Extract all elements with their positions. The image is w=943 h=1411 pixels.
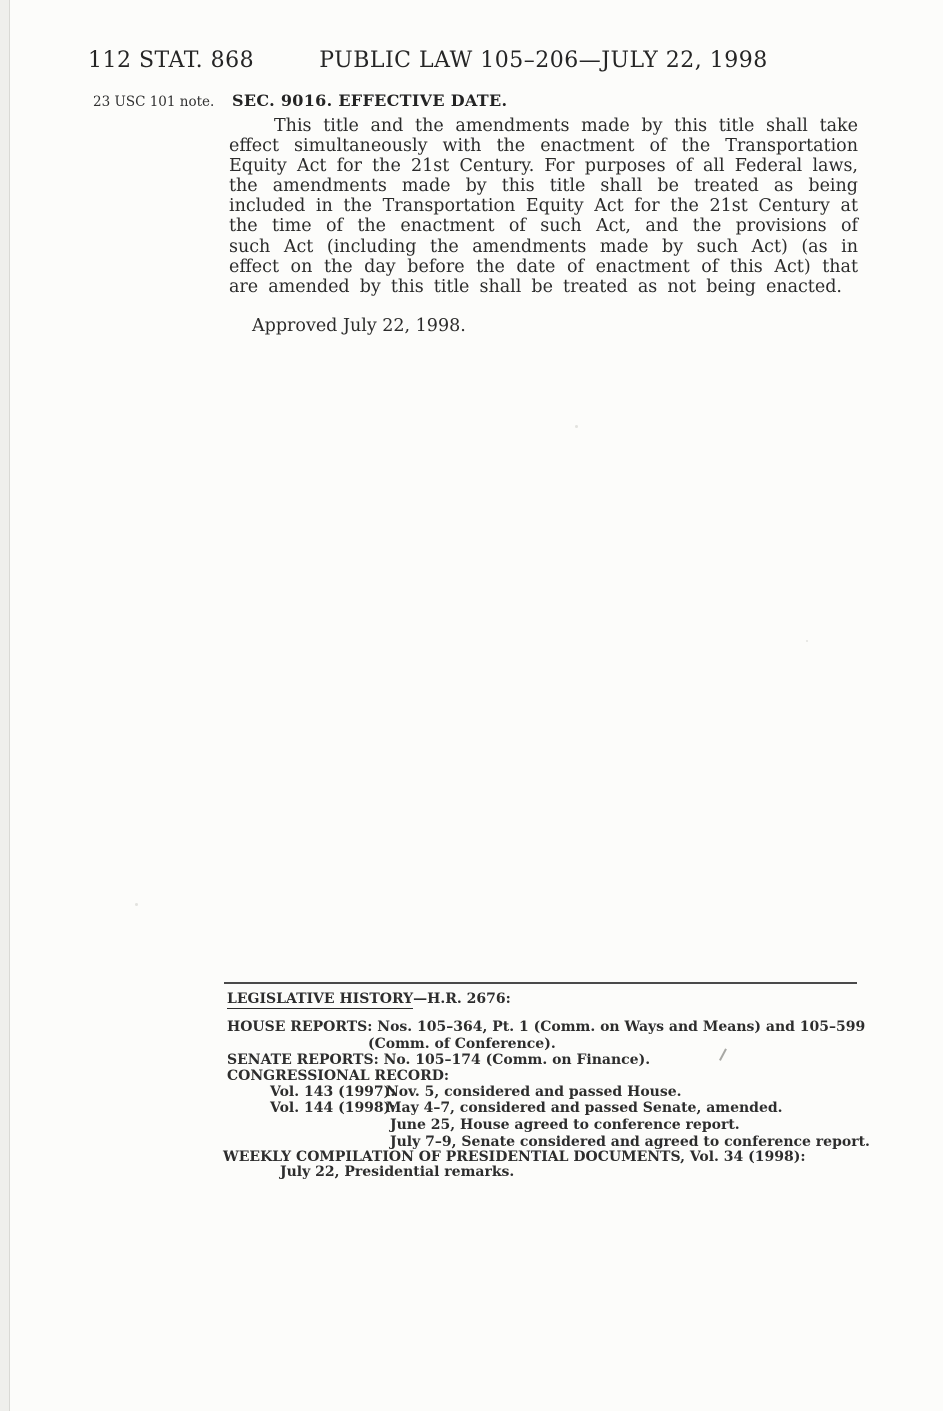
margin-note-uscode: 23 USC 101 note. xyxy=(93,94,214,110)
record-entry-action: May 4–7, considered and passed Senate, a… xyxy=(386,1100,783,1116)
section-body: This title and the amendments made by th… xyxy=(229,116,858,297)
legislative-history-bill-number: —H.R. 2676: xyxy=(413,991,511,1007)
house-reports-line2: (Comm. of Conference). xyxy=(368,1036,556,1052)
legislative-history-title-text: LEGISLATIVE HISTORY xyxy=(227,991,413,1009)
weekly-compilation-detail: July 22, Presidential remarks. xyxy=(280,1164,514,1180)
record-entry-vol143: Vol. 143 (1997):Nov. 5, considered and p… xyxy=(270,1084,682,1100)
record-entry-july7-9: July 7–9, Senate considered and agreed t… xyxy=(390,1134,870,1150)
record-entry-action: Nov. 5, considered and passed House. xyxy=(386,1084,682,1100)
record-entry-june25: June 25, House agreed to conference repo… xyxy=(390,1117,740,1133)
section-heading: SEC. 9016. EFFECTIVE DATE. xyxy=(232,91,507,110)
congressional-record-label: CONGRESSIONAL RECORD: xyxy=(227,1068,449,1084)
scan-speck xyxy=(575,425,578,428)
record-entry-volume: Vol. 143 (1997): xyxy=(270,1084,386,1100)
statute-page: 112 STAT. 868 PUBLIC LAW 105–206—JULY 22… xyxy=(0,0,943,1411)
weekly-compilation-label: WEEKLY COMPILATION OF PRESIDENTIAL DOCUM… xyxy=(223,1149,806,1165)
approval-line: Approved July 22, 1998. xyxy=(252,316,466,336)
record-entry-vol144: Vol. 144 (1998):May 4–7, considered and … xyxy=(270,1100,783,1116)
legislative-history-title: LEGISLATIVE HISTORY—H.R. 2676: xyxy=(227,991,511,1007)
scan-speck xyxy=(806,640,808,642)
scan-speck xyxy=(135,903,138,906)
record-entry-volume: Vol. 144 (1998): xyxy=(270,1100,386,1116)
house-reports-line1: HOUSE REPORTS: Nos. 105–364, Pt. 1 (Comm… xyxy=(227,1019,865,1035)
legislative-history-rule xyxy=(224,982,857,984)
page-left-edge xyxy=(0,0,10,1411)
senate-reports-line: SENATE REPORTS: No. 105–174 (Comm. on Fi… xyxy=(227,1052,650,1068)
law-title: PUBLIC LAW 105–206—JULY 22, 1998 xyxy=(229,48,858,73)
scan-artifact-slash xyxy=(719,1048,726,1060)
